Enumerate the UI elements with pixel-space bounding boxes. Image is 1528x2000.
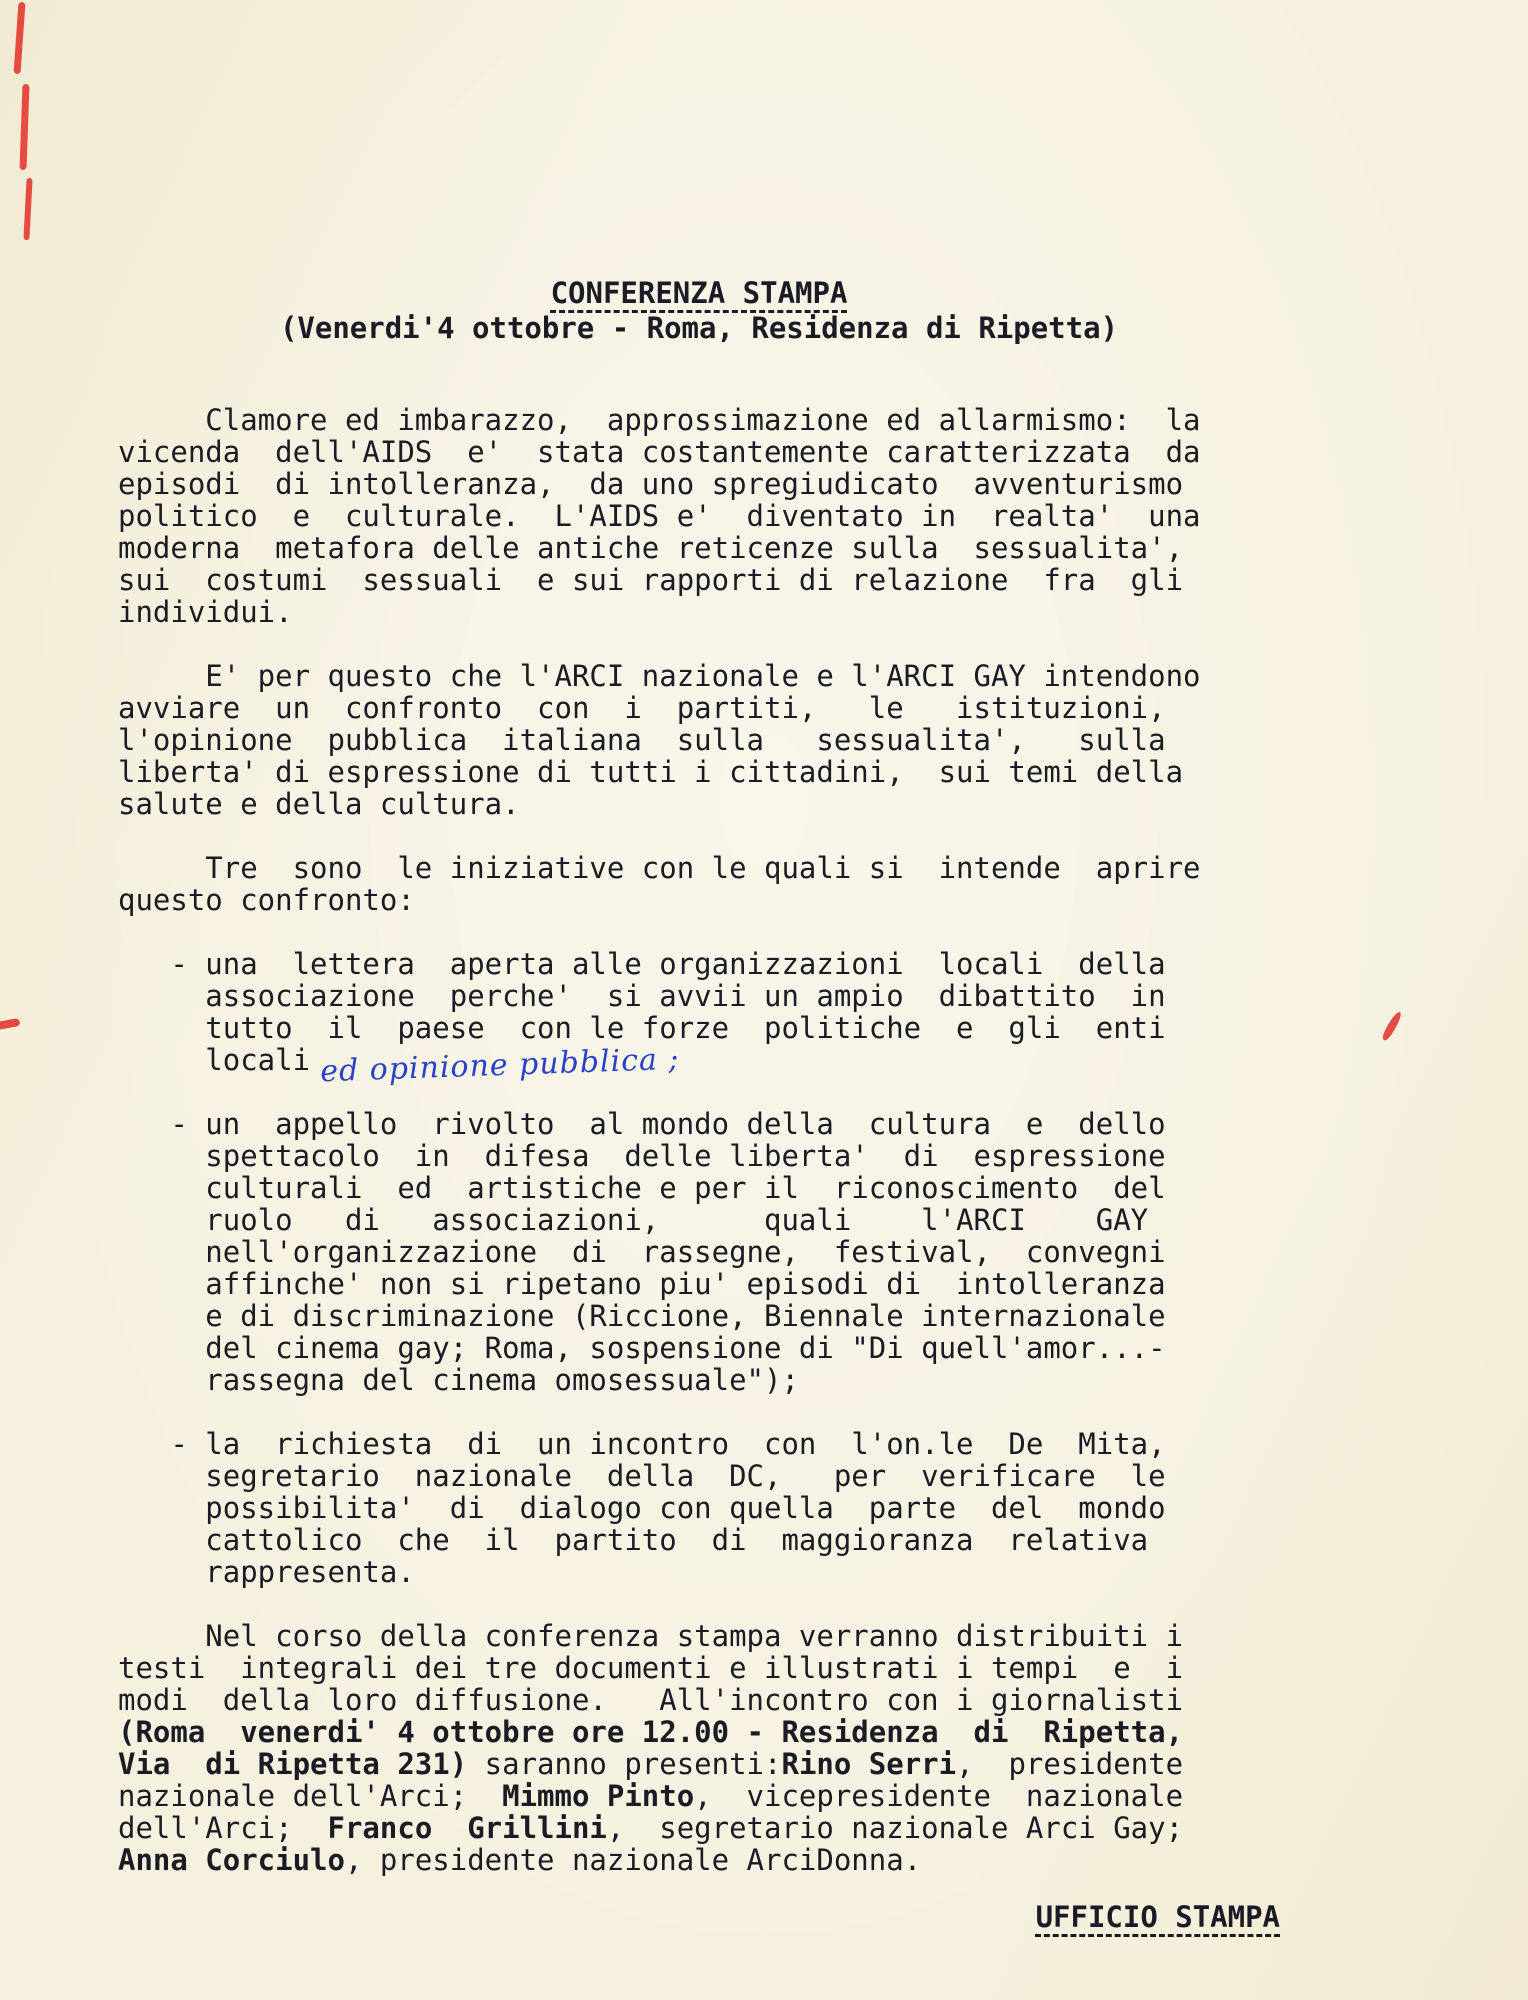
typewritten-text: , presidente nazionale ArciDonna. [345,1843,921,1877]
typewritten-text: nazionale dell'Arci; [118,1779,502,1813]
blank-line [118,1396,1280,1428]
typewritten-text: saranno presenti: [467,1747,781,1781]
blank-line [118,1076,1280,1108]
typewritten-text: dell'Arci; [118,1811,328,1845]
typewritten-text: affinche' non si ripetano piu' episodi d… [118,1267,1166,1301]
text-line: segretario nazionale della DC, per verif… [118,1460,1280,1492]
typewritten-text: E' per questo che l'ARCI nazionale e l'A… [118,659,1201,693]
text-line: ruolo di associazioni, quali l'ARCI GAY [118,1204,1280,1236]
typewritten-text: sui costumi sessuali e sui rapporti di r… [118,563,1183,597]
text-line: rappresenta. [118,1556,1280,1588]
text-line: liberta' di espressione di tutti i citta… [118,756,1280,788]
text-line: l'opinione pubblica italiana sulla sessu… [118,724,1280,756]
text-line: modi della loro diffusione. All'incontro… [118,1684,1280,1716]
typewritten-text: rassegna del cinema omosessuale"); [118,1363,799,1397]
text-line: Via di Ripetta 231) saranno presenti:Rin… [118,1748,1280,1780]
document-subtitle: (Venerdi'4 ottobre - Roma, Residenza di … [118,310,1280,346]
text-line: (Roma venerdi' 4 ottobre ore 12.00 - Res… [118,1716,1280,1748]
text-line: rassegna del cinema omosessuale"); [118,1364,1280,1396]
text-line: nazionale dell'Arci; Mimmo Pinto, vicepr… [118,1780,1280,1812]
text-line: - la richiesta di un incontro con l'on.l… [118,1428,1280,1460]
text-line: spettacolo in difesa delle liberta' di e… [118,1140,1280,1172]
text-line: dell'Arci; Franco Grillini, segretario n… [118,1812,1280,1844]
text-line: possibilita' di dialogo con quella parte… [118,1492,1280,1524]
text-line: - una lettera aperta alle organizzazioni… [118,948,1280,980]
document-title-text: CONFERENZA STAMPA [551,276,848,310]
typewritten-text: locali [118,1043,310,1077]
typewritten-text: segretario nazionale della DC, per verif… [118,1459,1166,1493]
text-line: testi integrali dei tre documenti e illu… [118,1652,1280,1684]
text-line: Nel corso della conferenza stampa verran… [118,1620,1280,1652]
scanned-paper-page: CONFERENZA STAMPA (Venerdi'4 ottobre - R… [0,0,1528,2000]
typewritten-text: Clamore ed imbarazzo, approssimazione ed… [118,403,1201,437]
red-pen-mark [20,84,30,170]
document-title: CONFERENZA STAMPA [118,276,1280,310]
red-pen-mark [23,178,32,240]
typewritten-text: , vicepresidente nazionale [694,1779,1183,1813]
text-line: affinche' non si ripetano piu' episodi d… [118,1268,1280,1300]
blank-line [118,820,1280,852]
text-line: Clamore ed imbarazzo, approssimazione ed… [118,404,1280,436]
typewritten-text: modi della loro diffusione. All'incontro… [118,1683,1183,1717]
text-line: Anna Corciulo, presidente nazionale Arci… [118,1844,1280,1876]
typewritten-text: possibilita' di dialogo con quella parte… [118,1491,1166,1525]
red-pen-mark [13,2,25,74]
typewritten-text: individui. [118,595,293,629]
typewritten-text: Mimmo Pinto [502,1779,694,1813]
text-line: Tre sono le iniziative con le quali si i… [118,852,1280,884]
typewritten-text: rappresenta. [118,1555,415,1589]
typewritten-text: episodi di intolleranza, da uno spregiud… [118,467,1183,501]
document-body-lines: Clamore ed imbarazzo, approssimazione ed… [118,404,1280,1876]
typewritten-text: , segretario nazionale Arci Gay; [607,1811,1183,1845]
red-pen-mark [0,1018,21,1030]
typewritten-text: Anna Corciulo [118,1843,345,1877]
text-line: salute e della cultura. [118,788,1280,820]
text-line: associazione perche' si avvii un ampio d… [118,980,1280,1012]
typewritten-text: liberta' di espressione di tutti i citta… [118,755,1183,789]
text-line: nell'organizzazione di rassegne, festiva… [118,1236,1280,1268]
text-line: - un appello rivolto al mondo della cult… [118,1108,1280,1140]
document-footer-text: UFFICIO STAMPA [1036,1900,1280,1934]
text-line: questo confronto: [118,884,1280,916]
typewritten-text: ruolo di associazioni, quali l'ARCI GAY [118,1203,1148,1237]
typewritten-text: salute e della cultura. [118,787,520,821]
text-line: E' per questo che l'ARCI nazionale e l'A… [118,660,1280,692]
text-line: culturali ed artistiche e per il riconos… [118,1172,1280,1204]
typewritten-text: - un appello rivolto al mondo della cult… [118,1107,1166,1141]
typewritten-text: nell'organizzazione di rassegne, festiva… [118,1235,1166,1269]
typewritten-text: Franco Grillini [328,1811,607,1845]
text-line: vicenda dell'AIDS e' stata costantemente… [118,436,1280,468]
blank-line [118,1588,1280,1620]
text-line: moderna metafora delle antiche reticenze… [118,532,1280,564]
typewritten-text: politico e culturale. L'AIDS e' diventat… [118,499,1201,533]
typewritten-text: Nel corso della conferenza stampa verran… [118,1619,1183,1653]
red-pen-mark [1381,1010,1404,1042]
text-line: localied opinione pubblica ; [118,1044,1280,1076]
blank-line [118,916,1280,948]
text-line: individui. [118,596,1280,628]
typewritten-text: testi integrali dei tre documenti e illu… [118,1651,1183,1685]
typewritten-text: - una lettera aperta alle organizzazioni… [118,947,1166,981]
typewritten-text: tutto il paese con le forze politiche e … [118,1011,1166,1045]
text-line: tutto il paese con le forze politiche e … [118,1012,1280,1044]
typewritten-text: Tre sono le iniziative con le quali si i… [118,851,1201,885]
typewritten-text: culturali ed artistiche e per il riconos… [118,1171,1166,1205]
typewritten-text: avviare un confronto con i partiti, le i… [118,691,1166,725]
typewritten-text: spettacolo in difesa delle liberta' di e… [118,1139,1166,1173]
text-line: cattolico che il partito di maggioranza … [118,1524,1280,1556]
typewritten-text: moderna metafora delle antiche reticenze… [118,531,1183,565]
typewritten-text: cattolico che il partito di maggioranza … [118,1523,1148,1557]
typewritten-text: - la richiesta di un incontro con l'on.l… [118,1427,1166,1461]
typewritten-text: l'opinione pubblica italiana sulla sessu… [118,723,1166,757]
blank-line [118,628,1280,660]
typewritten-text: Via di Ripetta 231) [118,1747,467,1781]
text-line: del cinema gay; Roma, sospensione di "Di… [118,1332,1280,1364]
document-footer: UFFICIO STAMPA [118,1900,1280,1934]
typewritten-text: , presidente [956,1747,1183,1781]
text-line: episodi di intolleranza, da uno spregiud… [118,468,1280,500]
typewritten-text: Rino Serri [781,1747,956,1781]
typewritten-text: associazione perche' si avvii un ampio d… [118,979,1166,1013]
text-line: sui costumi sessuali e sui rapporti di r… [118,564,1280,596]
typewritten-text: vicenda dell'AIDS e' stata costantemente… [118,435,1201,469]
typewritten-text: del cinema gay; Roma, sospensione di "Di… [118,1331,1166,1365]
text-line: e di discriminazione (Riccione, Biennale… [118,1300,1280,1332]
typewritten-text: e di discriminazione (Riccione, Biennale… [118,1299,1166,1333]
typewritten-text: questo confronto: [118,883,415,917]
text-line: avviare un confronto con i partiti, le i… [118,692,1280,724]
text-line: politico e culturale. L'AIDS e' diventat… [118,500,1280,532]
typewritten-text: (Roma venerdi' 4 ottobre ore 12.00 - Res… [118,1715,1183,1749]
typewritten-document: CONFERENZA STAMPA (Venerdi'4 ottobre - R… [118,276,1280,1934]
